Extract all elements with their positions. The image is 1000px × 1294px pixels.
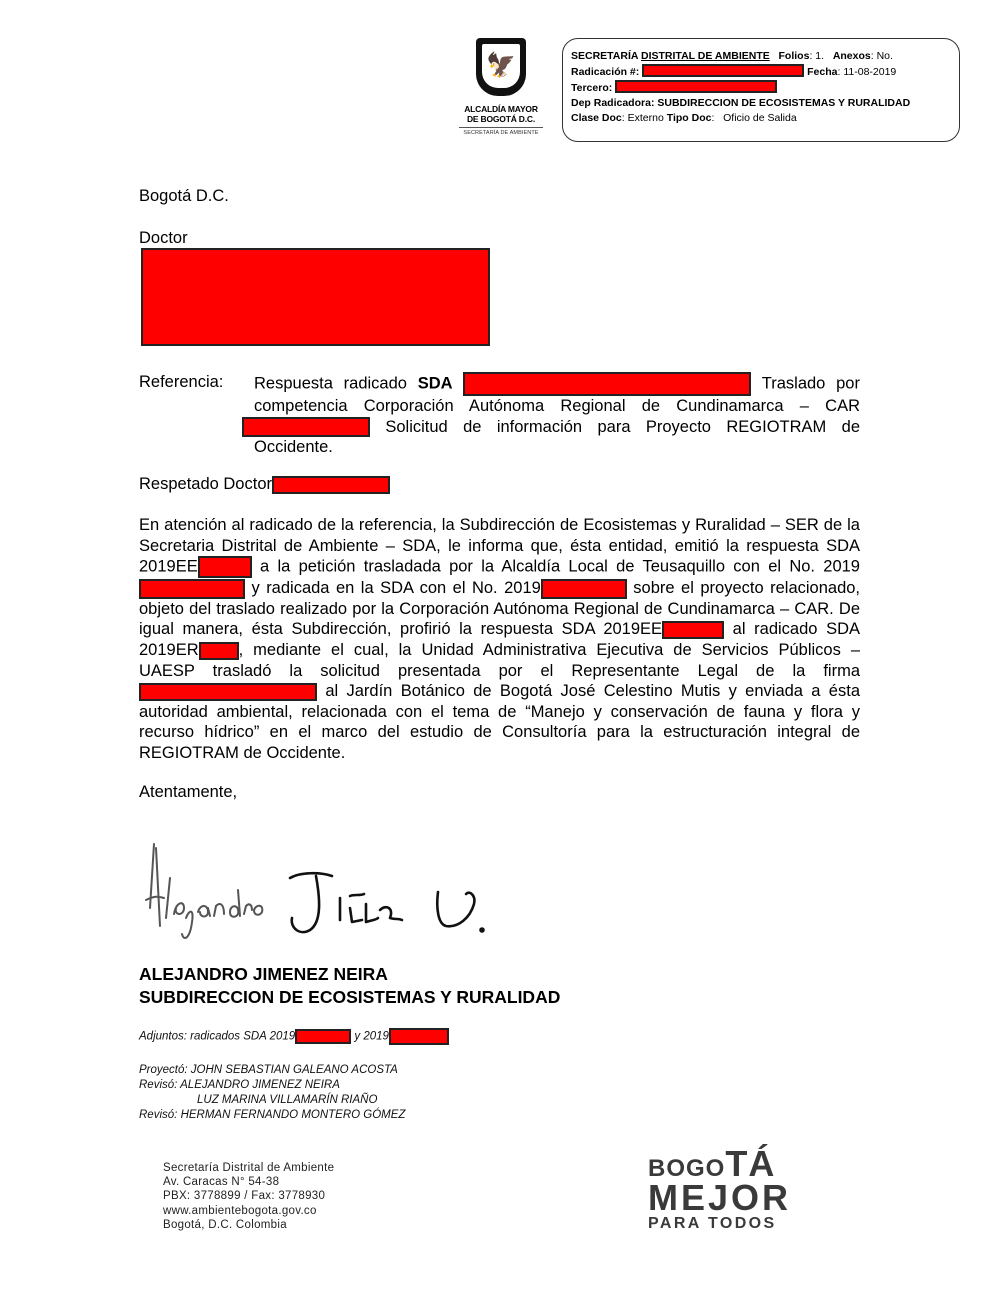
main-paragraph: En atención al radicado de la referencia… <box>139 515 860 764</box>
stamp-row-clase: Clase Doc: Externo Tipo Doc: Oficio de S… <box>571 111 959 126</box>
credit-label: Revisó: <box>139 1079 177 1091</box>
footer-website: www.ambientebogota.gov.co <box>163 1204 334 1218</box>
alcaldia-line1: ALCALDÍA MAYOR <box>456 104 546 114</box>
redacted-attachment-1 <box>295 1029 351 1044</box>
signer-name: ALEJANDRO JIMENEZ NEIRA <box>139 963 560 986</box>
tipo-value: Oficio de Salida <box>723 112 797 124</box>
credit-name: JOHN SEBASTIAN GALEANO ACOSTA <box>191 1064 398 1076</box>
alcaldia-logo: 🦅 ALCALDÍA MAYOR DE BOGOTÁ D.C. SECRETAR… <box>456 38 546 143</box>
credit-label: Proyectó: <box>139 1064 188 1076</box>
credit-name: HERMAN FERNANDO MONTERO GÓMEZ <box>181 1109 406 1121</box>
attachments-text-a: Adjuntos: radicados SDA 2019 <box>139 1031 295 1043</box>
brand-line3: PARA TODOS <box>648 1216 848 1232</box>
credit-projected: Proyectó: JOHN SEBASTIAN GALEANO ACOSTA <box>139 1063 405 1078</box>
footer-entity: Secretaría Distrital de Ambiente <box>163 1161 334 1175</box>
alcaldia-line2: DE BOGOTÁ D.C. <box>456 114 546 124</box>
bogota-mejor-para-todos-logo: BOGOTÁ MEJOR PARA TODOS <box>648 1146 848 1232</box>
tipo-label: Tipo Doc <box>667 112 712 124</box>
fecha-label: Fecha <box>807 66 837 78</box>
redacted-ee-number-1 <box>198 556 252 578</box>
stamp-row-entity: SECRETARÍA DISTRITAL DE AMBIENTE Folios:… <box>571 49 959 64</box>
city-line: Bogotá D.C. <box>139 186 229 207</box>
folios-label: Folios <box>779 50 810 62</box>
reference-label: Referencia: <box>139 372 223 393</box>
anexos-value: No. <box>877 50 893 62</box>
footer-street: Av. Caracas N° 54-38 <box>163 1175 334 1189</box>
attachments-line: Adjuntos: radicados SDA 2019 y 2019 <box>139 1028 449 1045</box>
reference-text: Respuesta radicado SDA Traslado por comp… <box>254 372 860 458</box>
paragraph-s6: , mediante el cual, la Unidad Administra… <box>139 641 860 680</box>
signer-unit: SUBDIRECCION DE ECOSISTEMAS Y RURALIDAD <box>139 986 560 1009</box>
reference-sda: SDA <box>418 374 453 392</box>
paragraph-s2: a la petición trasladada por la Alcaldía… <box>252 558 860 576</box>
redacted-doctor-name <box>272 476 390 494</box>
filing-stamp: SECRETARÍA DISTRITAL DE AMBIENTE Folios:… <box>562 38 960 142</box>
credit-name: LUZ MARINA VILLAMARÍN RIAÑO <box>197 1094 377 1106</box>
stamp-entity-prefix: SECRETARÍA <box>571 50 641 62</box>
redacted-recipient-block <box>141 248 490 346</box>
redacted-tercero <box>615 80 777 93</box>
redacted-radicado <box>463 372 751 396</box>
credit-reviewed-2: LUZ MARINA VILLAMARÍN RIAÑO <box>139 1093 405 1108</box>
stamp-entity-name: DISTRITAL DE AMBIENTE <box>641 50 770 62</box>
footer-phone: PBX: 3778899 / Fax: 3778930 <box>163 1189 334 1203</box>
redacted-attachment-2 <box>389 1028 449 1045</box>
paragraph-s3: y radicada en la SDA con el No. 2019 <box>245 579 541 597</box>
stamp-row-radicacion: Radicación #: Fecha: 11-08-2019 <box>571 64 959 80</box>
redacted-firm-name <box>139 683 317 701</box>
clase-value: Externo <box>628 112 664 124</box>
attachments-text-b: y 2019 <box>351 1031 389 1043</box>
brand-line2: MEJOR <box>648 1180 848 1216</box>
secretaria-label: SECRETARÍA DE AMBIENTE <box>456 130 546 136</box>
signer-block: ALEJANDRO JIMENEZ NEIRA SUBDIRECCION DE … <box>139 963 560 1009</box>
reference-part1: Respuesta radicado <box>254 374 418 392</box>
redacted-car-number <box>242 417 370 437</box>
credits-block: Proyectó: JOHN SEBASTIAN GALEANO ACOSTA … <box>139 1063 405 1123</box>
clase-label: Clase Doc <box>571 112 622 124</box>
anexos-label: Anexos <box>833 50 871 62</box>
recipient-title: Doctor <box>139 228 188 249</box>
divider <box>459 127 543 128</box>
greeting-text: Respetado Doctor <box>139 475 272 493</box>
redacted-er-number <box>199 642 239 660</box>
footer-address: Secretaría Distrital de Ambiente Av. Car… <box>163 1161 334 1232</box>
stamp-row-tercero: Tercero: <box>571 80 959 96</box>
dep-value: SUBDIRECCION DE ECOSISTEMAS Y RURALIDAD <box>657 97 910 109</box>
credit-reviewed-1: Revisó: ALEJANDRO JIMENEZ NEIRA <box>139 1078 405 1093</box>
handwritten-signature <box>140 838 510 958</box>
stamp-row-dep: Dep Radicadora: SUBDIRECCION DE ECOSISTE… <box>571 96 959 111</box>
closing: Atentamente, <box>139 782 237 803</box>
folios-value: 1. <box>815 50 824 62</box>
radicacion-label: Radicación #: <box>571 66 639 78</box>
fecha-value: 11-08-2019 <box>843 66 896 78</box>
redacted-radicacion-number <box>642 64 804 77</box>
tercero-label: Tercero: <box>571 82 612 94</box>
credit-label: Revisó: <box>139 1109 177 1121</box>
greeting: Respetado Doctor <box>139 474 390 495</box>
footer-city: Bogotá, D.C. Colombia <box>163 1218 334 1232</box>
dep-label: Dep Radicadora: <box>571 97 654 109</box>
credit-name: ALEJANDRO JIMENEZ NEIRA <box>180 1079 340 1091</box>
redacted-alcaldia-number <box>139 579 245 599</box>
credit-reviewed-3: Revisó: HERMAN FERNANDO MONTERO GÓMEZ <box>139 1108 405 1123</box>
redacted-ee-number-2 <box>662 621 724 639</box>
bogota-coat-of-arms-icon: 🦅 <box>476 38 526 96</box>
alcaldia-name: ALCALDÍA MAYOR DE BOGOTÁ D.C. <box>456 104 546 124</box>
redacted-sda-number <box>541 579 627 599</box>
